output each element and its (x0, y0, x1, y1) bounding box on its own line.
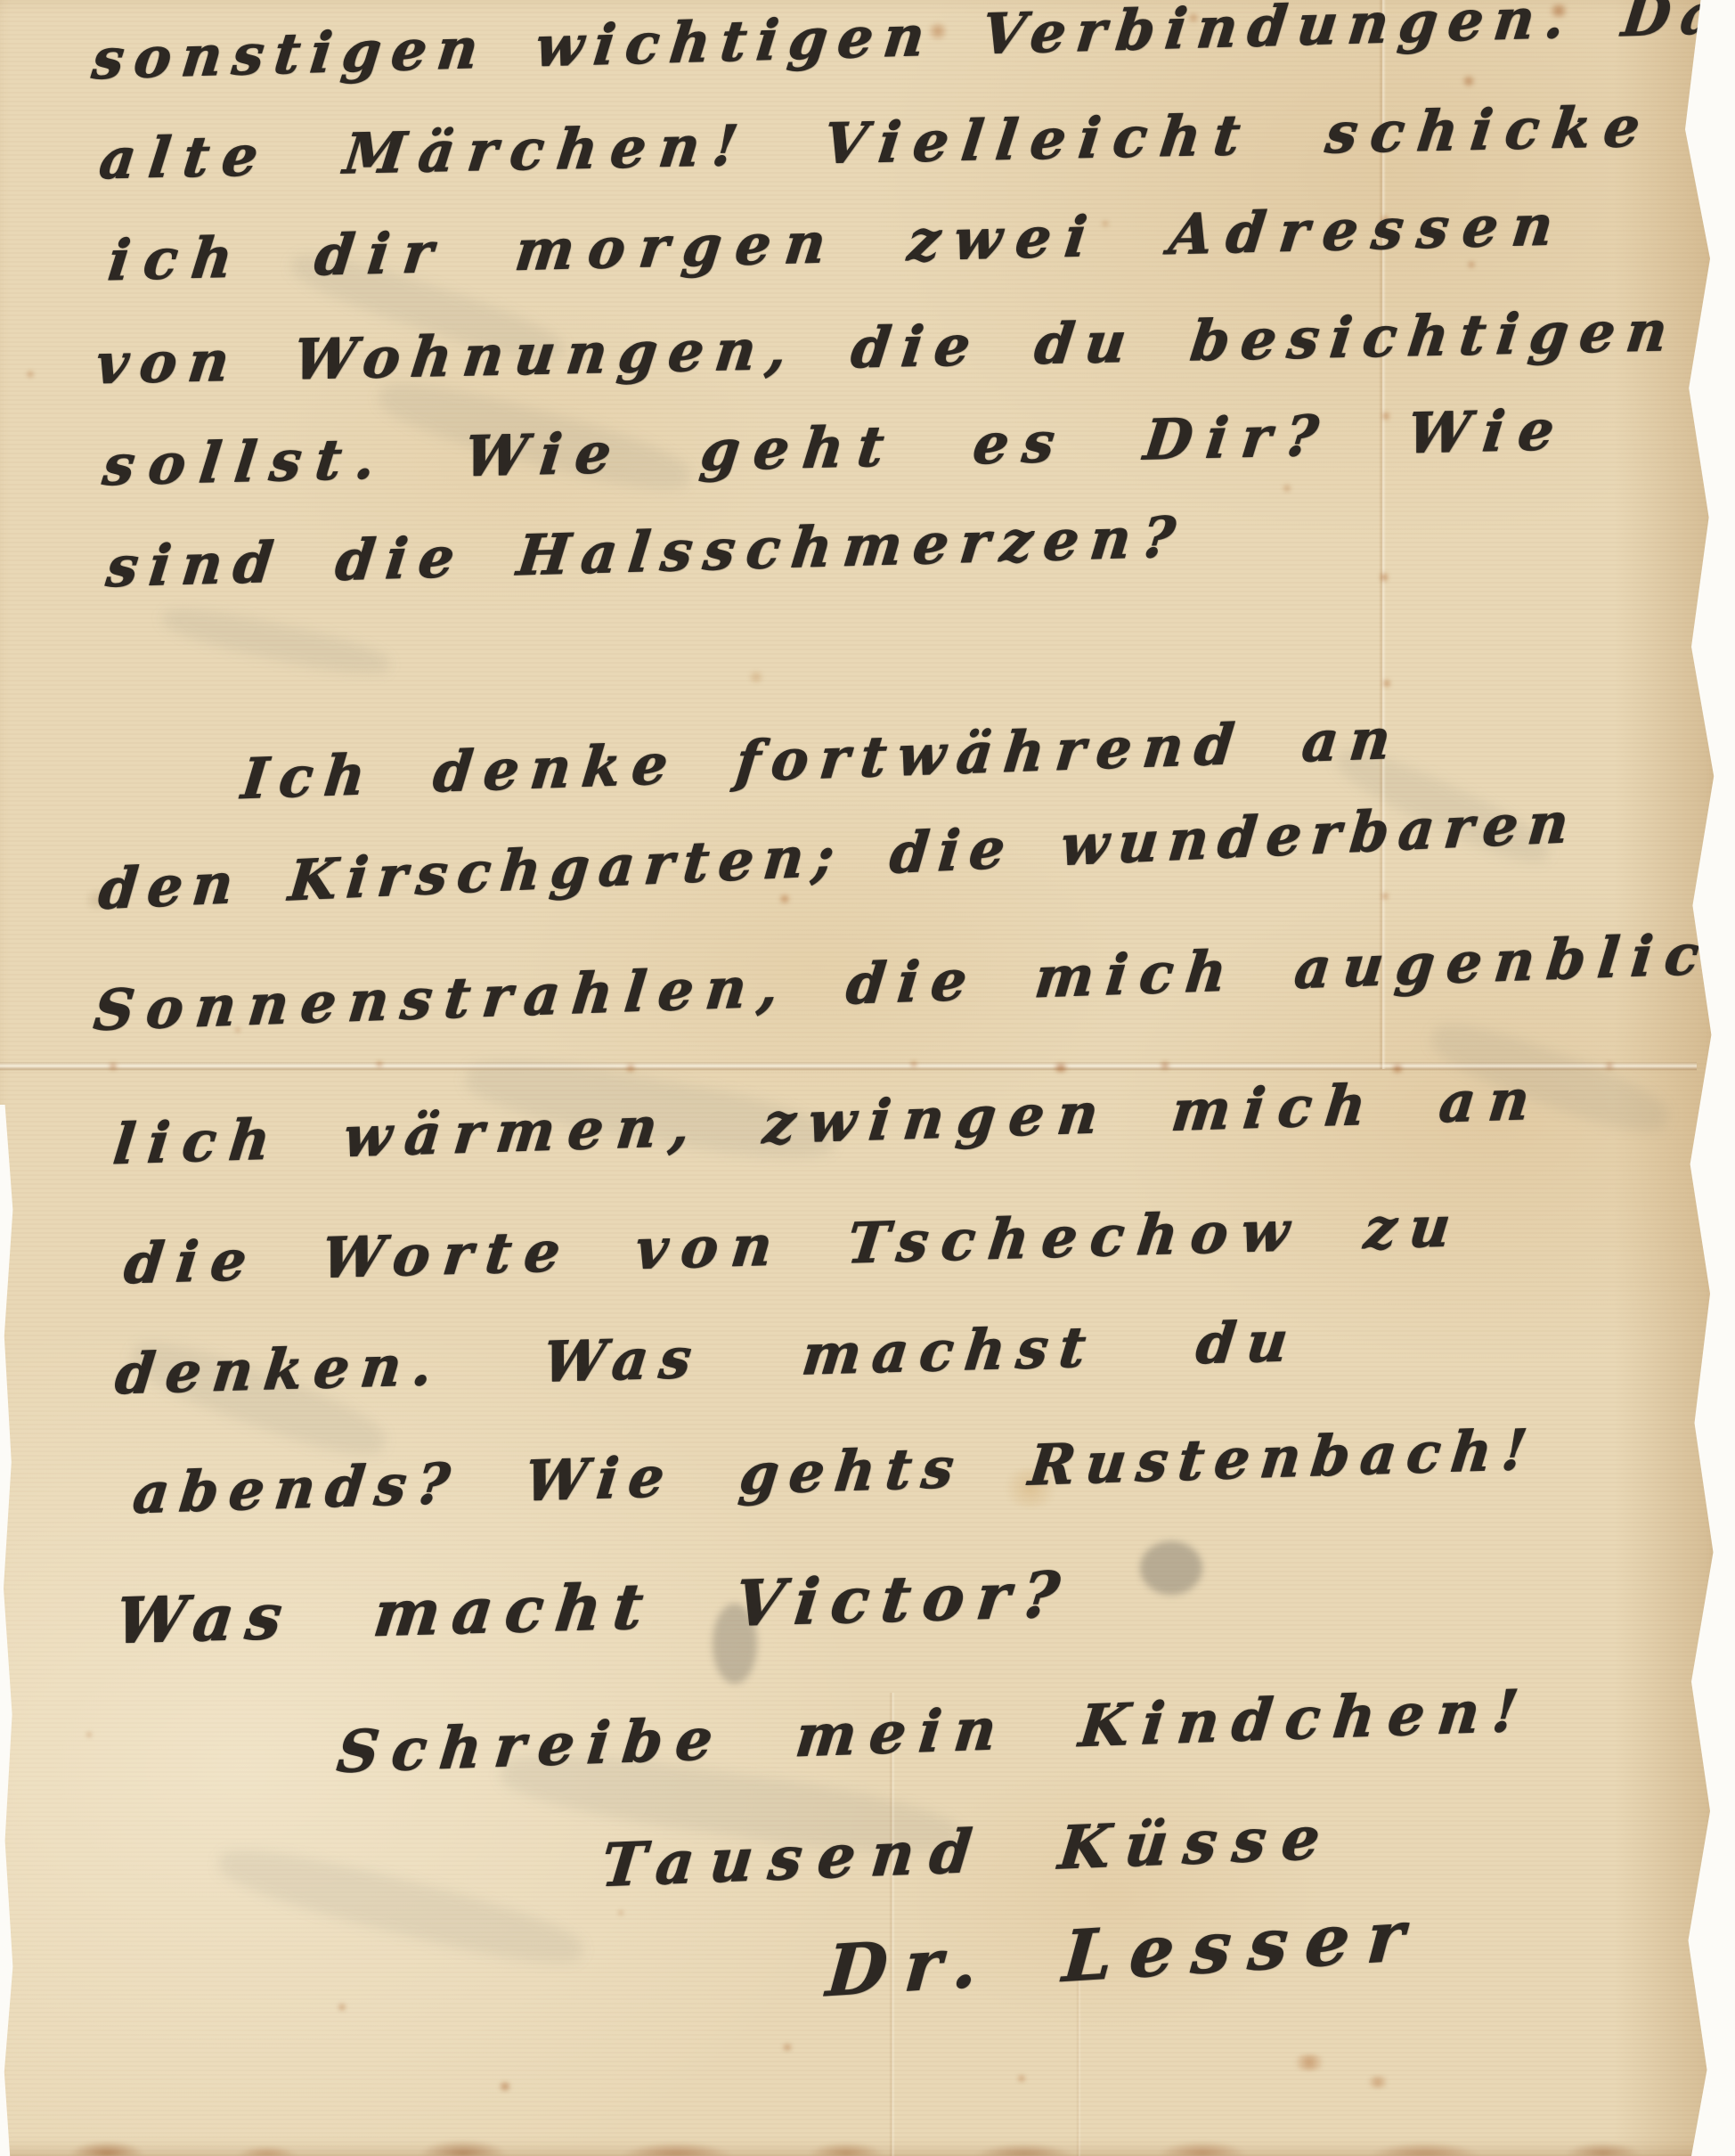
rust-dot (908, 1060, 919, 1068)
foxing-spot (1364, 2076, 1391, 2088)
foxing-spot (497, 2081, 513, 2092)
handwritten-line: ich dir morgen zwei Adressen (105, 192, 1570, 293)
rust-dot (1381, 891, 1389, 902)
foxing-spot (746, 671, 766, 683)
handwritten-line: die Worte von Tschechow zu (121, 1194, 1467, 1296)
foxing-spot (1466, 260, 1477, 269)
rust-dot (1603, 1062, 1616, 1070)
foxing-spot (778, 894, 792, 904)
handwritten-line: von Wohnungen, die du besichtigen (93, 298, 1682, 396)
handwritten-line: alte Märchen! Vielleicht schicke (96, 94, 1657, 192)
rust-dot (1158, 1061, 1172, 1070)
handwritten-line: sind die Halsschmerzen? (103, 504, 1190, 600)
handwritten-line: Schreibe mein Kindchen! (334, 1678, 1535, 1786)
rust-dot (1051, 1063, 1071, 1073)
show-through-mark (213, 1835, 589, 1978)
foxing-spot (1281, 484, 1293, 493)
foxing-spot (336, 2003, 348, 2012)
rust-dot (1380, 570, 1389, 584)
handwritten-line: Ich denke fortwährend an (239, 706, 1405, 812)
rust-dot (374, 1060, 385, 1068)
foxing-spot (1461, 75, 1477, 87)
handwritten-line: sollst. Wie geht es Dir? Wie (100, 397, 1572, 498)
handwritten-line: Sonnenstrahlen, die mich augenblick- (91, 919, 1735, 1043)
handwritten-line: Was macht Victor? (112, 1557, 1075, 1658)
foxing-spot (1290, 2054, 1329, 2070)
handwritten-line: sonstigen wichtigen Verbindungen. Das (89, 0, 1735, 92)
handwritten-line: den Kirschgarten; die wunderbaren (96, 789, 1581, 922)
bottom-edge-stains (0, 2127, 1735, 2156)
handwritten-line: lich wärmen, zwingen mich an (110, 1066, 1546, 1177)
foxing-spot (780, 2043, 794, 2052)
signature: Dr. Lesser (824, 1895, 1425, 2013)
rust-dot (1382, 677, 1391, 690)
rust-dot (107, 1062, 119, 1071)
foxing-spot (1015, 2074, 1028, 2083)
handwritten-line: denken. Was machst du (112, 1309, 1302, 1407)
ink-smudge (1140, 1541, 1202, 1595)
rust-dot (623, 1064, 638, 1073)
scanned-letter: sonstigen wichtigen Verbindungen. Das al… (0, 0, 1735, 2156)
letter-page: sonstigen wichtigen Verbindungen. Das al… (0, 0, 1735, 2156)
foxing-spot (616, 1909, 625, 1916)
foxing-spot (85, 1731, 94, 1738)
foxing-spot (25, 370, 36, 379)
show-through-mark (159, 600, 394, 682)
